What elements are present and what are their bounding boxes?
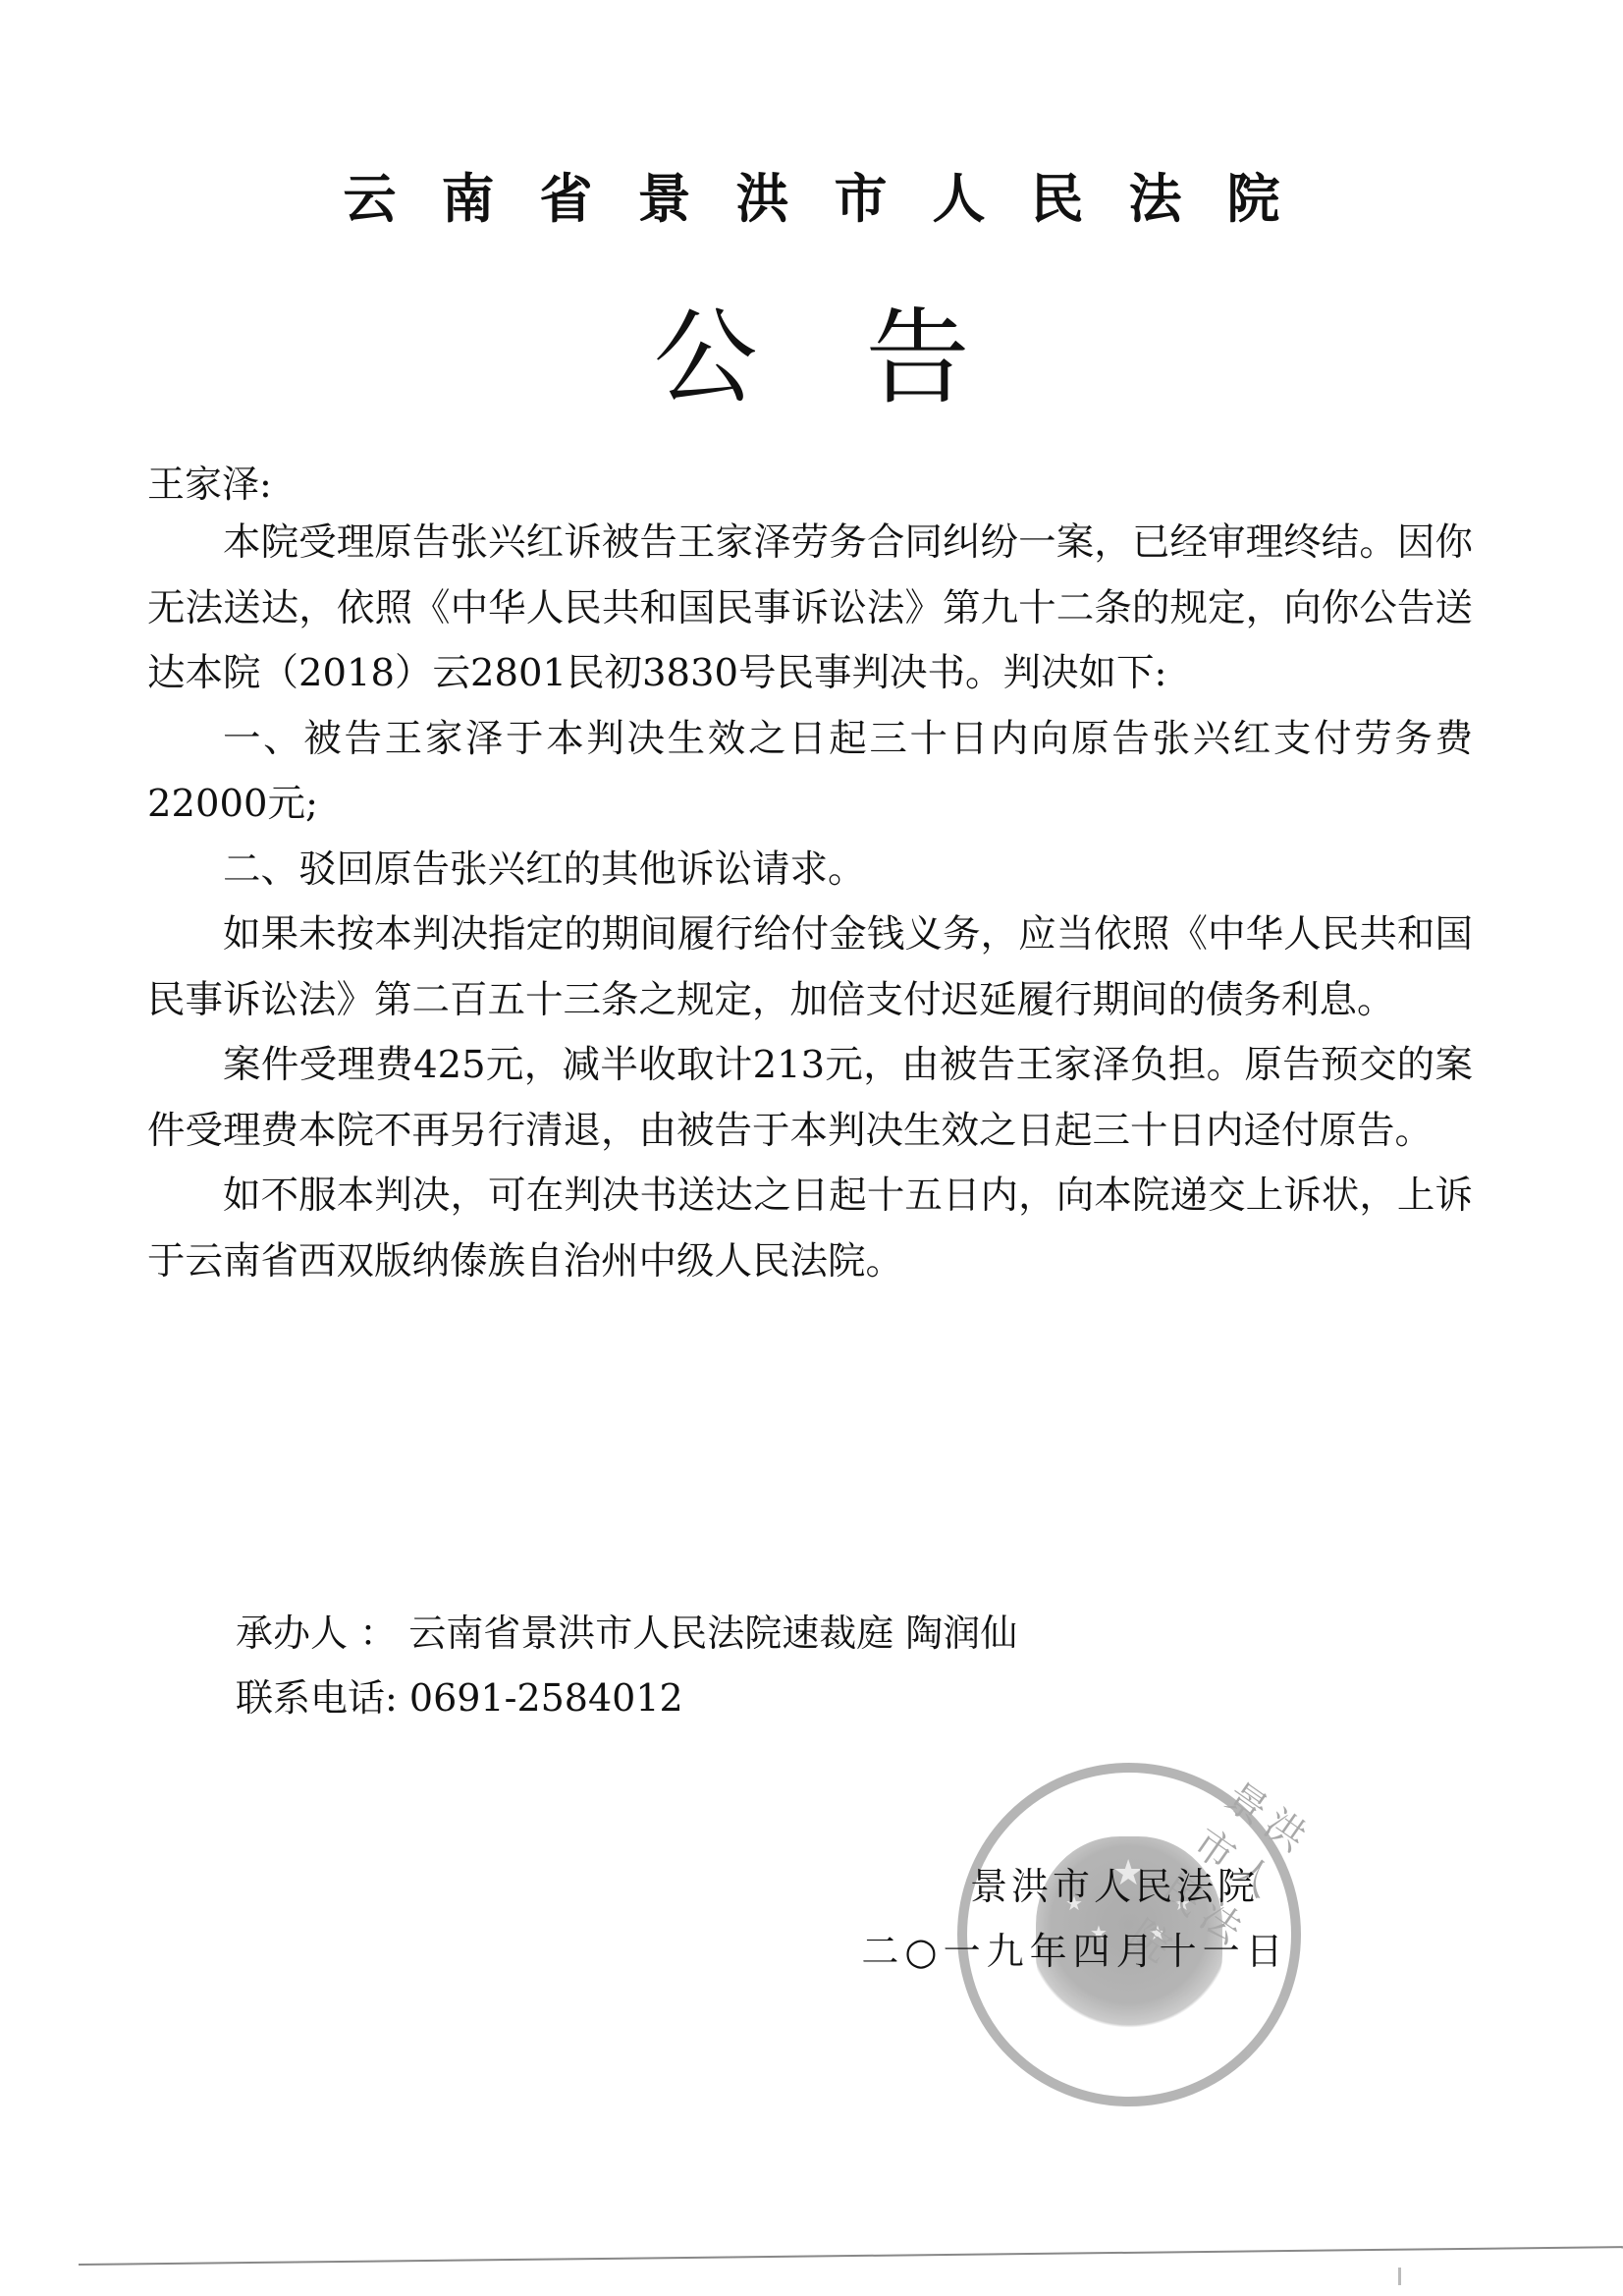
phone-line: 联系电话: 0691-2584012 xyxy=(236,1666,1017,1730)
handler-line: 承办人 ： 云南省景洪市人民法院速裁庭 陶润仙 xyxy=(236,1601,1017,1666)
paragraph-late-payment: 如果未按本判决指定的期间履行给付金钱义务，应当依照《中华人民共和国民事诉讼法》第… xyxy=(147,902,1473,1033)
signature-block: 景洪市人民法院 二○一九年四月十一日 xyxy=(864,1854,1296,1984)
phone-value: 0691-2584012 xyxy=(409,1676,683,1720)
addressee: 王家泽: xyxy=(147,460,272,509)
contact-block: 承办人 ： 云南省景洪市人民法院速裁庭 陶润仙 联系电话: 0691-25840… xyxy=(236,1601,1017,1730)
phone-label: 联系电话: xyxy=(236,1676,398,1720)
scan-edge-tick xyxy=(1398,2268,1401,2285)
paragraph-ruling-1: 一、被告王家泽于本判决生效之日起三十日内向原告张兴红支付劳务费22000元; xyxy=(147,707,1473,838)
notice-body: 本院受理原告张兴红诉被告王家泽劳务合同纠纷一案，已经审理终结。因你无法送达，依照… xyxy=(147,511,1473,1294)
scan-edge-line xyxy=(79,2246,1623,2266)
handler-label: 承办人 ： xyxy=(236,1612,397,1655)
paragraph-fees: 案件受理费425元，减半收取计213元，由被告王家泽负担。原告预交的案件受理费本… xyxy=(147,1033,1473,1164)
issue-date: 二○一九年四月十一日 xyxy=(854,1919,1296,1984)
court-name-header: 云南省景洪市人民法院 xyxy=(0,165,1623,234)
paragraph-ruling-2: 二、驳回原告张兴红的其他诉讼请求。 xyxy=(147,838,1473,903)
paragraph-appeal: 如不服本判决，可在判决书送达之日起十五日内，向本院递交上诉状，上诉于云南省西双版… xyxy=(147,1164,1473,1294)
paragraph-case-summary: 本院受理原告张兴红诉被告王家泽劳务合同纠纷一案，已经审理终结。因你无法送达，依照… xyxy=(147,511,1473,707)
signing-court: 景洪市人民法院 xyxy=(864,1854,1296,1919)
handler-value: 云南省景洪市人民法院速裁庭 陶润仙 xyxy=(408,1612,1017,1655)
notice-title: 公告 xyxy=(0,295,1623,422)
